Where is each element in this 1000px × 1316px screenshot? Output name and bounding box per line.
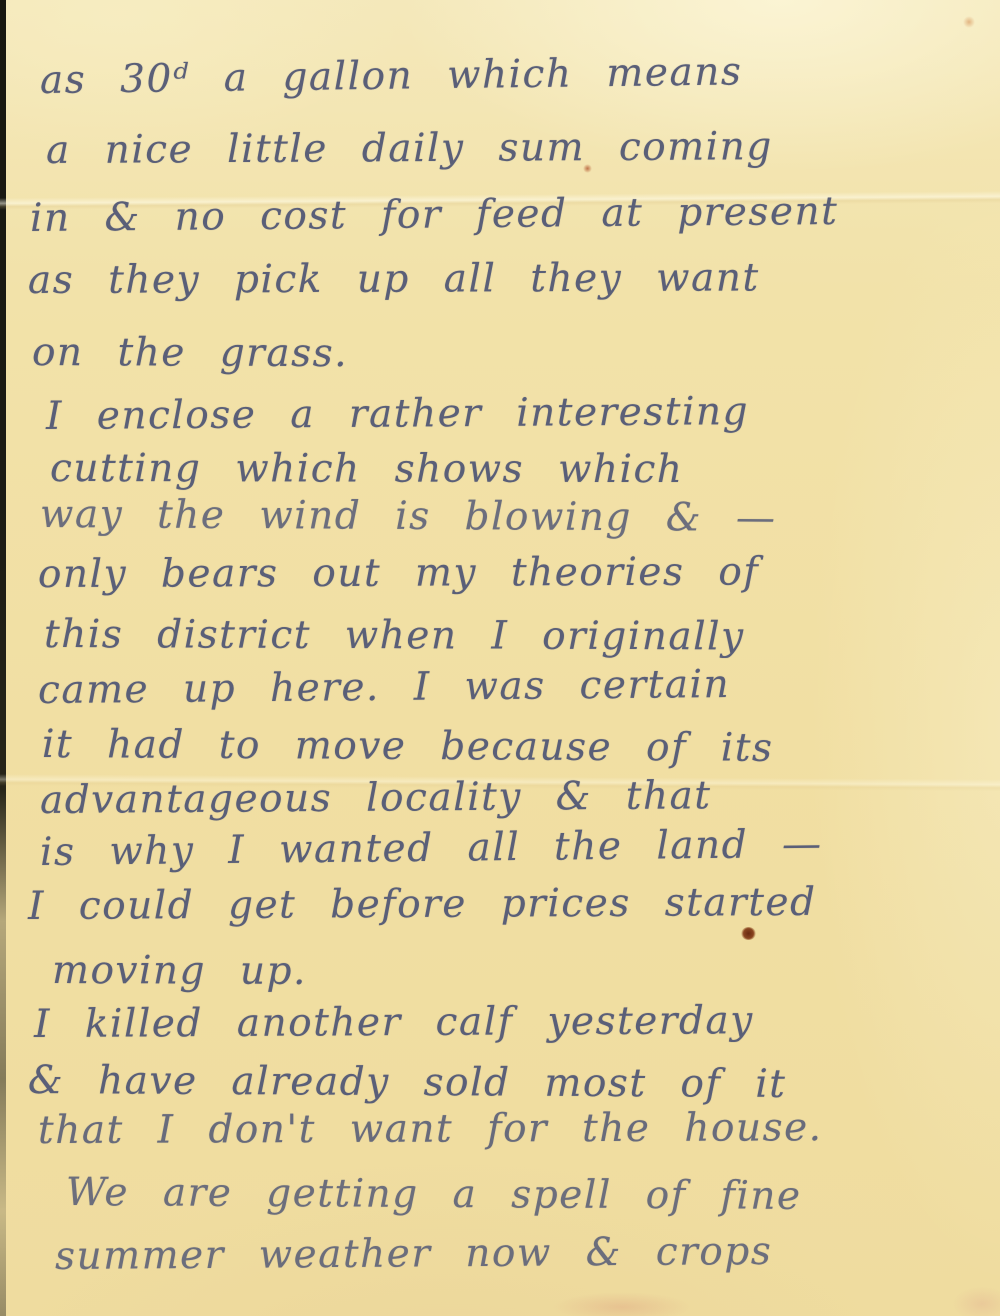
handwriting-line: a nice little daily sum coming [46,124,773,173]
handwriting-line: is why I wanted all the land — [40,822,823,875]
handwriting-line: in & no cost for feed at present [30,189,839,241]
handwriting-line: came up here. I was certain [38,662,731,713]
handwriting-line: that I don't want for the house. [38,1105,823,1153]
handwriting-line: moving up. [52,948,307,994]
handwriting-line: as 30ᵈ a gallon which means [40,49,743,103]
handwriting-line: this district when I originally [44,612,745,659]
handwriting-line: only bears out my theories of [38,549,759,597]
handwriting-line: I could get before prices started [28,880,817,929]
handwriting-line: I killed another calf yesterday [34,998,754,1047]
handwriting-line: summer weather now & crops [55,1229,773,1279]
handwriting-line: as they pick up all they want [28,255,760,303]
handwriting-line: it had to move because of its [42,722,774,771]
handwriting-line: & have already sold most of it [28,1058,787,1107]
handwriting-line: We are getting a spell of fine [66,1170,802,1219]
handwritten-text: as 30ᵈ a gallon which means a nice littl… [0,0,1000,1316]
handwriting-line: on the grass. [32,330,348,376]
handwriting-line: way the wind is blowing & — [40,492,777,541]
handwriting-line: cutting which shows which [50,446,684,492]
letter-page: as 30ᵈ a gallon which means a nice littl… [0,0,1000,1316]
handwriting-line: I enclose a rather interesting [46,389,749,439]
handwriting-line: advantageous locality & that [40,773,712,823]
